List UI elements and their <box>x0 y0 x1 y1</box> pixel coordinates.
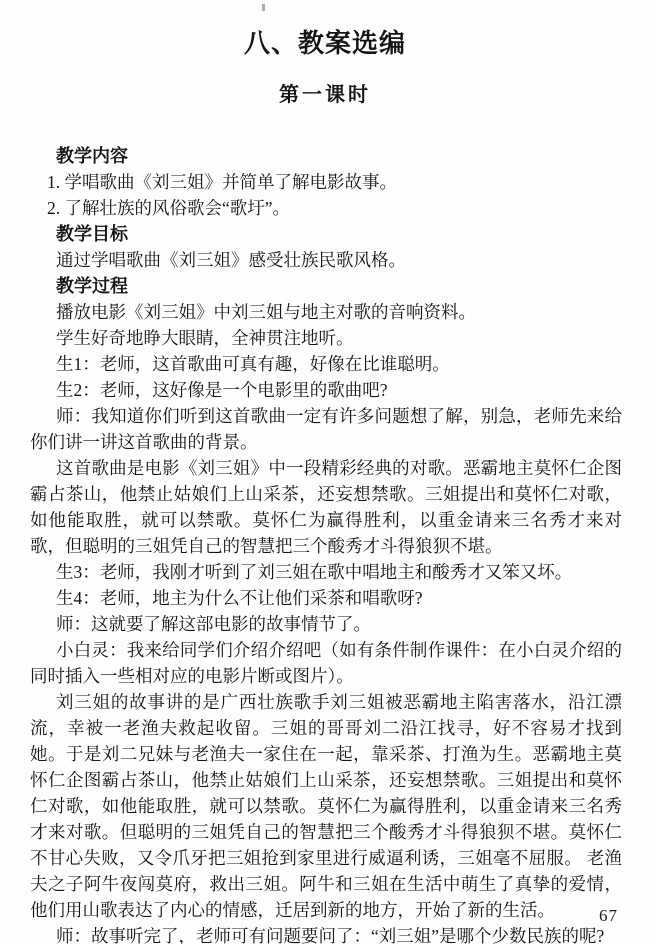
content-item-1: 1. 学唱歌曲《刘三姐》并简单了解电影故事。 <box>30 169 622 195</box>
process-line-students-listen: 学生好奇地睁大眼睛，全神贯注地听。 <box>30 325 622 351</box>
goal-line: 通过学唱歌曲《刘三姐》感受壮族民歌风格。 <box>30 247 622 273</box>
page-title: 八、教案选编 <box>0 27 650 59</box>
dialogue-student-4: 生4：老师，地主为什么不让他们采茶和唱歌呀? <box>30 585 622 611</box>
dialogue-teacher-2: 师：这就要了解这部电影的故事情节了。 <box>30 611 622 637</box>
section-heading-teaching-content: 教学内容 <box>30 143 622 169</box>
section-heading-teaching-process: 教学过程 <box>30 273 622 299</box>
content-item-2: 2. 了解壮族的风俗歌会“歌圩”。 <box>30 195 622 221</box>
story-paragraph-liusanjie-story: 刘三姐的故事讲的是广西壮族歌手刘三姐被恶霸地主陷害落水，沿江漂流，幸被一老渔夫救… <box>30 689 622 923</box>
page-number: 67 <box>599 906 618 926</box>
dialogue-student-3: 生3：老师，我刚才听到了刘三姐在歌中唱地主和酸秀才又笨又坏。 <box>30 559 622 585</box>
process-line-play-film: 播放电影《刘三姐》中刘三姐与地主对歌的音响资料。 <box>30 299 622 325</box>
dialogue-xiaobailing: 小白灵：我来给同学们介绍介绍吧（如有条件制作课件：在小白灵介绍的同时插入一些相对… <box>30 637 622 689</box>
section-heading-teaching-goal: 教学目标 <box>30 221 622 247</box>
dialogue-teacher-1: 师：我知道你们听到这首歌曲一定有许多问题想了解，别急，老师先来给你们讲一讲这首歌… <box>30 403 622 455</box>
lesson-body: 教学内容 1. 学唱歌曲《刘三姐》并简单了解电影故事。 2. 了解壮族的风俗歌会… <box>30 143 622 944</box>
scan-artifact-mark <box>262 4 265 11</box>
story-paragraph-song-background: 这首歌曲是电影《刘三姐》中一段精彩经典的对歌。恶霸地主莫怀仁企图霸占茶山，他禁止… <box>30 455 622 559</box>
book-page: 八、教案选编 第一课时 教学内容 1. 学唱歌曲《刘三姐》并简单了解电影故事。 … <box>0 0 650 944</box>
dialogue-student-1: 生1：老师，这首歌曲可真有趣，好像在比谁聪明。 <box>30 351 622 377</box>
dialogue-teacher-3: 师：故事听完了，老师可有问题要问了：“刘三姐”是哪个少数民族的呢? <box>30 923 622 944</box>
lesson-subtitle: 第一课时 <box>0 83 650 107</box>
dialogue-student-2: 生2：老师，这好像是一个电影里的歌曲吧? <box>30 377 622 403</box>
